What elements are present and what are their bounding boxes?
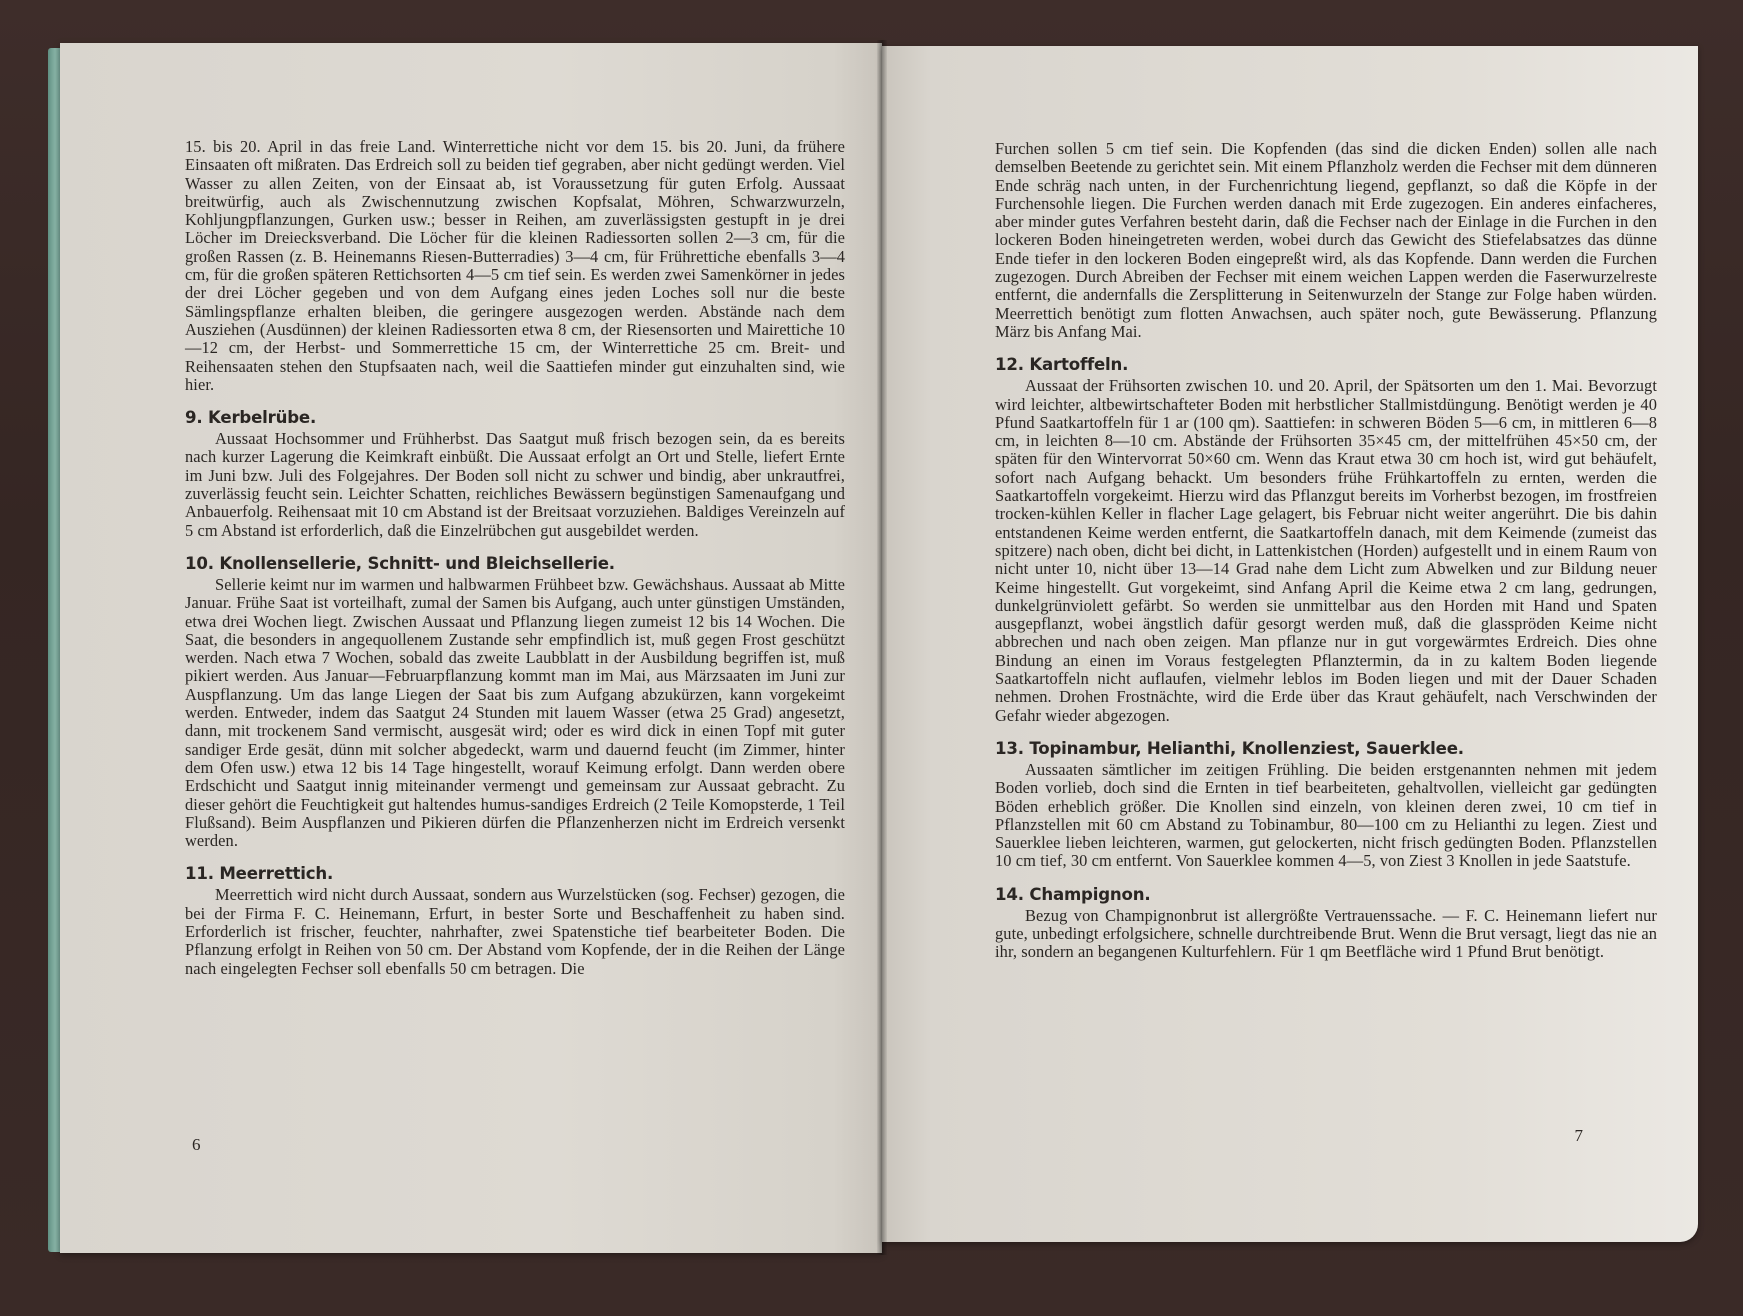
page-number: 6 <box>192 1135 201 1155</box>
right-page: Furchen sollen 5 cm tief sein. Die Kopfe… <box>882 46 1698 1242</box>
page-number: 7 <box>1575 1126 1584 1146</box>
section-heading-sellerie: 10. Knollensellerie, Schnitt- und Bleich… <box>185 554 845 573</box>
section-body-sellerie: Sellerie keimt nur im warmen und halbwar… <box>185 576 845 850</box>
continuation-paragraph: 15. bis 20. April in das freie Land. Win… <box>185 138 845 394</box>
section-heading-meerrettich: 11. Meerrettich. <box>185 864 845 883</box>
left-text-column: 15. bis 20. April in das freie Land. Win… <box>185 138 845 978</box>
section-body-topinambur: Aussaaten sämtlicher im zeitigen Frühlin… <box>995 761 1657 871</box>
right-text-column: Furchen sollen 5 cm tief sein. Die Kopfe… <box>995 140 1657 962</box>
section-heading-kartoffeln: 12. Kartoffeln. <box>995 355 1657 374</box>
book-gutter-shadow <box>877 40 887 1255</box>
section-body-kartoffeln: Aussaat der Frühsorten zwischen 10. und … <box>995 377 1657 725</box>
section-heading-topinambur: 13. Topinambur, Helianthi, Knollenziest,… <box>995 739 1657 758</box>
continuation-paragraph: Furchen sollen 5 cm tief sein. Die Kopfe… <box>995 140 1657 341</box>
section-body-kerbelruebe: Aussaat Hochsommer und Frühherbst. Das S… <box>185 430 845 540</box>
section-heading-champignon: 14. Champignon. <box>995 885 1657 904</box>
left-page: 15. bis 20. April in das freie Land. Win… <box>60 43 882 1253</box>
section-heading-kerbelruebe: 9. Kerbelrübe. <box>185 408 845 427</box>
section-body-champignon: Bezug von Champignonbrut ist allergrößte… <box>995 907 1657 962</box>
section-body-meerrettich: Meerrettich wird nicht durch Aussaat, so… <box>185 886 845 977</box>
